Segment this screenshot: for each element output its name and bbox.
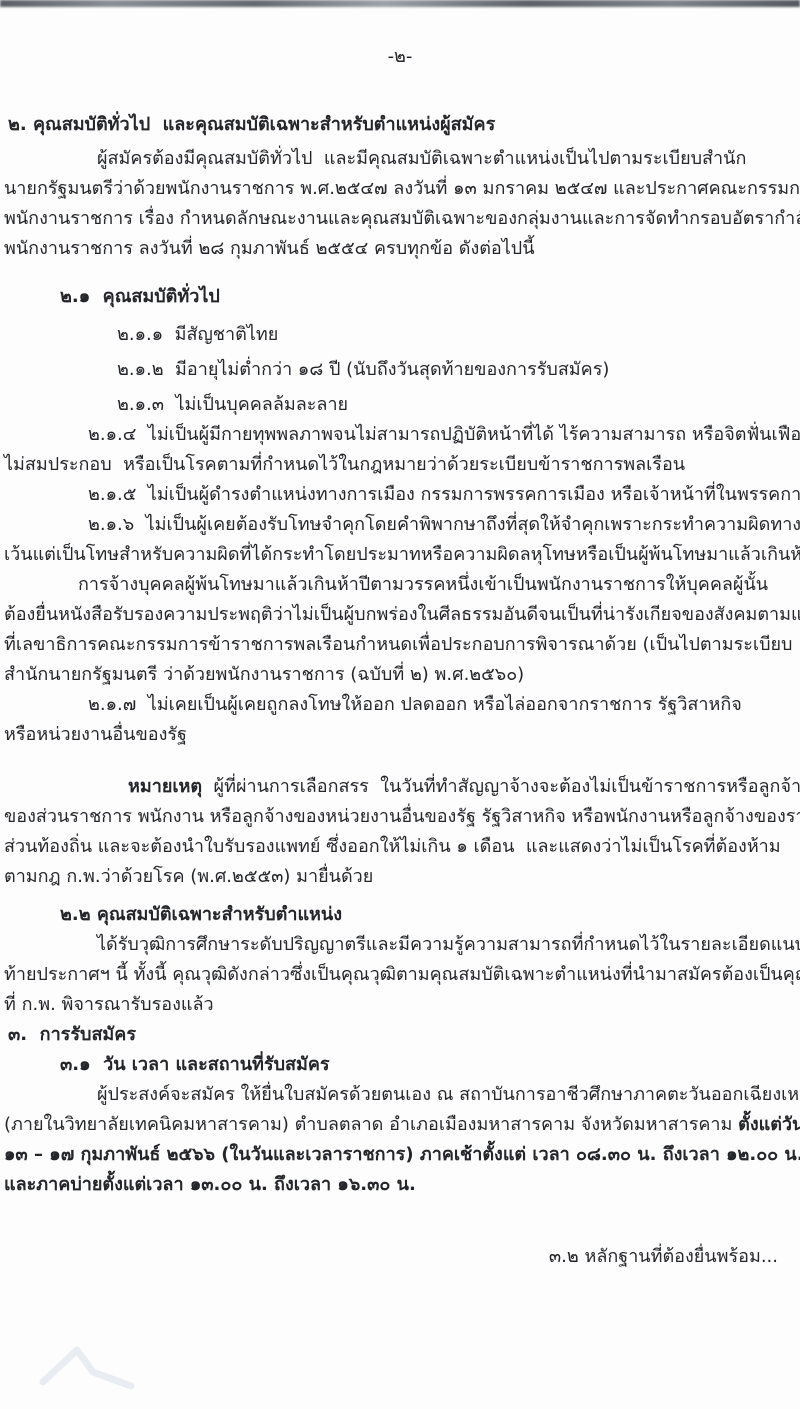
text-line: พนักงานราชการ เรื่อง กำหนดลักษณะงานและคุ… bbox=[0, 204, 800, 234]
text-line: พนักงานราชการ ลงวันที่ ๒๘ กุมภาพันธ์ ๒๕๕… bbox=[0, 234, 800, 264]
text-line: หรือหน่วยงานอื่นของรัฐ bbox=[0, 720, 800, 750]
text-run: ส่วนท้องถิ่น และจะต้องนำใบรับรองแพทย์ ซึ… bbox=[4, 836, 781, 857]
text-line: ๒.๑.๕ ไม่เป็นผู้ดำรงตำแหน่งทางการเมือง ก… bbox=[0, 480, 800, 510]
text-line: (ภายในวิทยาลัยเทคนิคมหาสารคาม) ตำบลตลาด … bbox=[0, 1110, 800, 1140]
text-line: ไม่สมประกอบ หรือเป็นโรคตามที่กำหนดไว้ในก… bbox=[0, 450, 800, 480]
text-line: ผู้สมัครต้องมีคุณสมบัติทั่วไป และมีคุณสม… bbox=[0, 144, 800, 174]
text-line: ๒.๑.๗ ไม่เคยเป็นผู้เคยถูกลงโทษให้ออก ปลด… bbox=[0, 690, 800, 720]
text-run: เว้นแต่เป็นโทษสำหรับความผิดที่ได้กระทำโด… bbox=[4, 544, 800, 565]
text-line: ผู้ประสงค์จะสมัคร ให้ยื่นใบสมัครด้วยตนเอ… bbox=[0, 1080, 800, 1110]
text-line: ๒.๑.๑ มีสัญชาติไทย bbox=[0, 320, 800, 350]
text-run: การจ้างบุคคลผู้พ้นโทษมาแล้วเกินห้าปีตามว… bbox=[78, 574, 768, 595]
text-line: ๓. การรับสมัคร bbox=[0, 1020, 800, 1050]
text-run: ผู้สมัครต้องมีคุณสมบัติทั่วไป และมีคุณสม… bbox=[97, 148, 746, 169]
text-line: สำนักนายกรัฐมนตรี ว่าด้วยพนักงานราชการ (… bbox=[0, 660, 800, 690]
text-run: ที่เลขาธิการคณะกรรมการข้าราชการพลเรือนกำ… bbox=[4, 634, 792, 655]
text-run: ต้องยื่นหนังสือรับรองความประพฤติว่าไม่เป… bbox=[4, 604, 800, 625]
text-line: ตามกฎ ก.พ.ว่าด้วยโรค (พ.ศ.๒๕๕๓) มายื่นด้… bbox=[0, 862, 800, 892]
text-line: ๒. คุณสมบัติทั่วไป และคุณสมบัติเฉพาะสำหร… bbox=[0, 110, 800, 140]
text-line: ที่เลขาธิการคณะกรรมการข้าราชการพลเรือนกำ… bbox=[0, 630, 800, 660]
text-run: ผู้ที่ผ่านการเลือกสรร ในวันที่ทำสัญญาจ้า… bbox=[202, 776, 800, 797]
text-run: ๒.๑.๕ ไม่เป็นผู้ดำรงตำแหน่งทางการเมือง ก… bbox=[88, 484, 800, 505]
text-run: ได้รับวุฒิการศึกษาระดับปริญญาตรีและมีควา… bbox=[97, 934, 800, 955]
text-run: (ภายในวิทยาลัยเทคนิคมหาสารคาม) ตำบลตลาด … bbox=[4, 1114, 738, 1135]
text-run: ๒.๑.๔ ไม่เป็นผู้มีกายทุพพลภาพจนไม่สามารถ… bbox=[88, 424, 800, 445]
text-run-bold: ๒.๒ คุณสมบัติเฉพาะสำหรับตำแหน่ง bbox=[60, 904, 342, 925]
text-line: และภาคบ่ายตั้งแต่เวลา ๑๓.๐๐ น. ถึงเวลา ๑… bbox=[0, 1170, 800, 1200]
text-run-bold: หมายเหตุ bbox=[128, 776, 202, 797]
text-run: ที่ ก.พ. พิจารณารับรองแล้ว bbox=[4, 994, 214, 1015]
text-line: ที่ ก.พ. พิจารณารับรองแล้ว bbox=[0, 990, 800, 1020]
text-run-bold: ๓.๑ วัน เวลา และสถานที่รับสมัคร bbox=[60, 1054, 330, 1075]
text-line: ๒.๒ คุณสมบัติเฉพาะสำหรับตำแหน่ง bbox=[0, 900, 800, 930]
text-line: ๓.๑ วัน เวลา และสถานที่รับสมัคร bbox=[0, 1050, 800, 1080]
text-line: ของส่วนราชการ พนักงาน หรือลูกจ้างของหน่ว… bbox=[0, 802, 800, 832]
text-run: พนักงานราชการ ลงวันที่ ๒๘ กุมภาพันธ์ ๒๕๕… bbox=[4, 238, 535, 259]
continuation-note: ๓.๒ หลักฐานที่ต้องยื่นพร้อม... bbox=[549, 1242, 778, 1272]
scan-artifact-top bbox=[0, 0, 800, 7]
text-line: ๒.๑.๒ มีอายุไม่ต่ำกว่า ๑๘ ปี (นับถึงวันส… bbox=[0, 355, 800, 385]
text-run: หรือหน่วยงานอื่นของรัฐ bbox=[4, 724, 187, 745]
document-body: ๒. คุณสมบัติทั่วไป และคุณสมบัติเฉพาะสำหร… bbox=[0, 102, 800, 1200]
text-run: ๒.๑.๑ มีสัญชาติไทย bbox=[117, 324, 278, 345]
text-line: ๒.๑.๖ ไม่เป็นผู้เคยต้องรับโทษจำคุกโดยคำพ… bbox=[0, 510, 800, 540]
text-line: ได้รับวุฒิการศึกษาระดับปริญญาตรีและมีควา… bbox=[0, 930, 800, 960]
text-line: ๒.๑.๔ ไม่เป็นผู้มีกายทุพพลภาพจนไม่สามารถ… bbox=[0, 420, 800, 450]
text-run: ๒.๑.๖ ไม่เป็นผู้เคยต้องรับโทษจำคุกโดยคำพ… bbox=[88, 514, 800, 535]
text-line: ๑๓ – ๑๗ กุมภาพันธ์ ๒๕๖๖ (ในวันและเวลาราช… bbox=[0, 1140, 800, 1170]
text-line: เว้นแต่เป็นโทษสำหรับความผิดที่ได้กระทำโด… bbox=[0, 540, 800, 570]
text-line: หมายเหตุ ผู้ที่ผ่านการเลือกสรร ในวันที่ท… bbox=[0, 772, 800, 802]
text-run: ๒.๑.๓ ไม่เป็นบุคคลล้มละลาย bbox=[117, 394, 348, 415]
text-run: ของส่วนราชการ พนักงาน หรือลูกจ้างของหน่ว… bbox=[4, 806, 800, 827]
text-line: การจ้างบุคคลผู้พ้นโทษมาแล้วเกินห้าปีตามว… bbox=[0, 570, 800, 600]
scan-smudge-mark bbox=[35, 1330, 155, 1400]
text-run: ไม่สมประกอบ หรือเป็นโรคตามที่กำหนดไว้ในก… bbox=[4, 454, 685, 475]
text-line: ๒.๑.๓ ไม่เป็นบุคคลล้มละลาย bbox=[0, 390, 800, 420]
text-run: ตามกฎ ก.พ.ว่าด้วยโรค (พ.ศ.๒๕๕๓) มายื่นด้… bbox=[4, 866, 373, 887]
text-line: ต้องยื่นหนังสือรับรองความประพฤติว่าไม่เป… bbox=[0, 600, 800, 630]
text-line: ๒.๑ คุณสมบัติทั่วไป bbox=[0, 282, 800, 312]
text-run: ๒.๑.๗ ไม่เคยเป็นผู้เคยถูกลงโทษให้ออก ปลด… bbox=[88, 694, 742, 715]
text-run-bold: ๓. การรับสมัคร bbox=[8, 1024, 136, 1045]
text-line: ส่วนท้องถิ่น และจะต้องนำใบรับรองแพทย์ ซึ… bbox=[0, 832, 800, 862]
text-run-bold: ๒.๑ คุณสมบัติทั่วไป bbox=[60, 286, 220, 307]
text-run-bold: ตั้งแต่วันที่ bbox=[738, 1114, 800, 1135]
text-run: ผู้ประสงค์จะสมัคร ให้ยื่นใบสมัครด้วยตนเอ… bbox=[97, 1084, 800, 1105]
text-run-bold: ๒. คุณสมบัติทั่วไป และคุณสมบัติเฉพาะสำหร… bbox=[8, 114, 495, 135]
text-run-bold: ๑๓ – ๑๗ กุมภาพันธ์ ๒๕๖๖ (ในวันและเวลาราช… bbox=[4, 1144, 800, 1165]
scanned-document-page: -๒- ๒. คุณสมบัติทั่วไป และคุณสมบัติเฉพาะ… bbox=[0, 0, 800, 1409]
text-run: พนักงานราชการ เรื่อง กำหนดลักษณะงานและคุ… bbox=[4, 208, 800, 229]
text-run-bold: และภาคบ่ายตั้งแต่เวลา ๑๓.๐๐ น. ถึงเวลา ๑… bbox=[4, 1174, 416, 1195]
text-line: นายกรัฐมนตรีว่าด้วยพนักงานราชการ พ.ศ.๒๕๔… bbox=[0, 174, 800, 204]
text-run: สำนักนายกรัฐมนตรี ว่าด้วยพนักงานราชการ (… bbox=[4, 664, 524, 685]
text-run: ท้ายประกาศฯ นี้ ทั้งนี้ คุณวุฒิดังกล่าวซ… bbox=[4, 964, 800, 985]
text-line: ท้ายประกาศฯ นี้ ทั้งนี้ คุณวุฒิดังกล่าวซ… bbox=[0, 960, 800, 990]
text-run: นายกรัฐมนตรีว่าด้วยพนักงานราชการ พ.ศ.๒๕๔… bbox=[4, 178, 800, 199]
page-number: -๒- bbox=[0, 44, 800, 70]
text-run: ๒.๑.๒ มีอายุไม่ต่ำกว่า ๑๘ ปี (นับถึงวันส… bbox=[117, 359, 609, 380]
